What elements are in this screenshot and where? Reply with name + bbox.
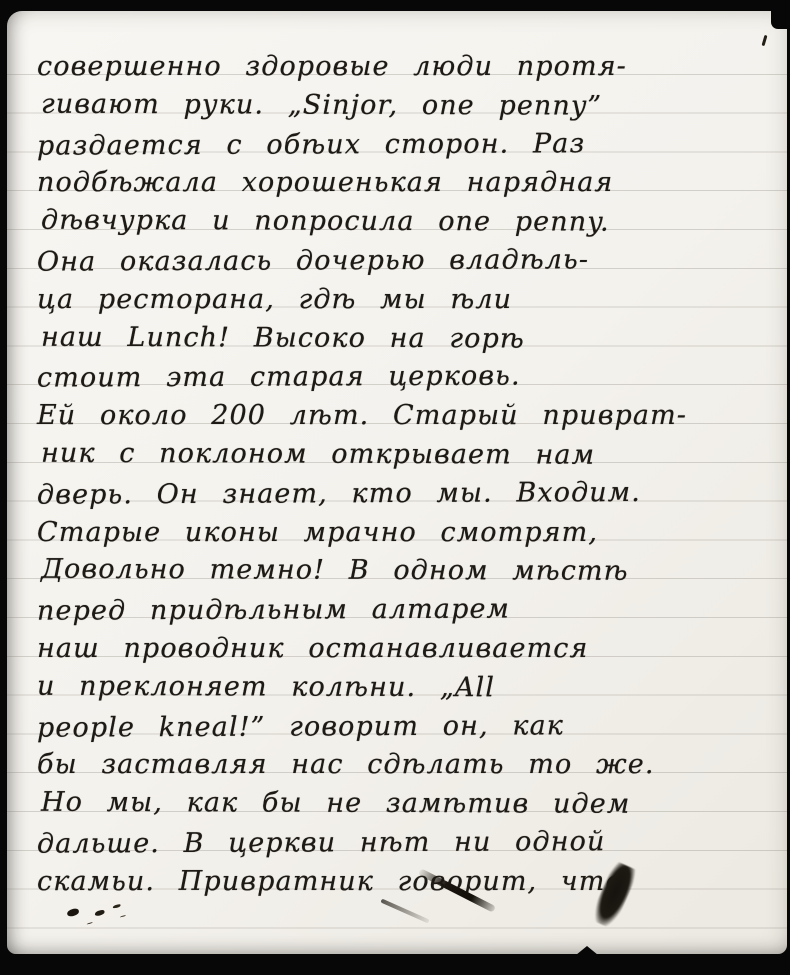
- manuscript-line: дальше. В церкви нѣт ни одной: [37, 822, 783, 864]
- manuscript-line: Старые иконы мрачно смотрят,: [37, 514, 783, 553]
- scan-edge-bump: [576, 946, 598, 955]
- manuscript-line: бы заставляя нас сдѣлать то же.: [37, 746, 783, 785]
- manuscript-line: скамьи. Привратник говорит, что: [37, 863, 783, 902]
- manuscript-line: подбѣжала хорошенькая нарядная: [37, 164, 783, 203]
- manuscript-line: стоит эта старая церковь.: [37, 357, 783, 399]
- scan-edge-notch: [771, 0, 790, 29]
- manuscript-line: Довольно темно! В одном мѣстѣ: [37, 551, 783, 592]
- manuscript-line: Она оказалась дочерью владѣль-: [37, 240, 783, 282]
- manuscript-line: раздается с обѣих сторон. Раз: [37, 124, 783, 166]
- manuscript-line: ца ресторана, гдѣ мы ѣли: [37, 281, 783, 320]
- manuscript-line: Ей около 200 лѣт. Старый приврат-: [37, 397, 783, 436]
- manuscript-line: Но мы, как бы не замѣтив идем: [37, 784, 783, 825]
- manuscript-line: дверь. Он знает, кто мы. Входим.: [37, 473, 783, 515]
- manuscript-line: ник с поклоном открывает нам: [37, 435, 783, 476]
- manuscript-line: наш проводник останавливается: [37, 630, 783, 669]
- manuscript-line: people kneal!” говорит он, как: [37, 706, 783, 748]
- notebook-page: совершенно здоровые люди протя- гивают р…: [7, 11, 787, 954]
- manuscript-line: перед придѣльным алтарем: [37, 590, 783, 632]
- manuscript-line: совершенно здоровые люди протя-: [37, 48, 783, 87]
- manuscript-text: совершенно здоровые люди протя- гивают р…: [37, 48, 783, 902]
- manuscript-line: дѣвчурка и попросила one penny.: [37, 202, 783, 243]
- manuscript-line: и преклоняет колѣни. „All: [37, 667, 783, 708]
- manuscript-line: гивают руки. „Sinjor, one penny”: [37, 85, 783, 126]
- scanned-manuscript-frame: совершенно здоровые люди протя- гивают р…: [0, 0, 790, 975]
- manuscript-line: наш Lunch! Высоко на горѣ: [37, 318, 783, 359]
